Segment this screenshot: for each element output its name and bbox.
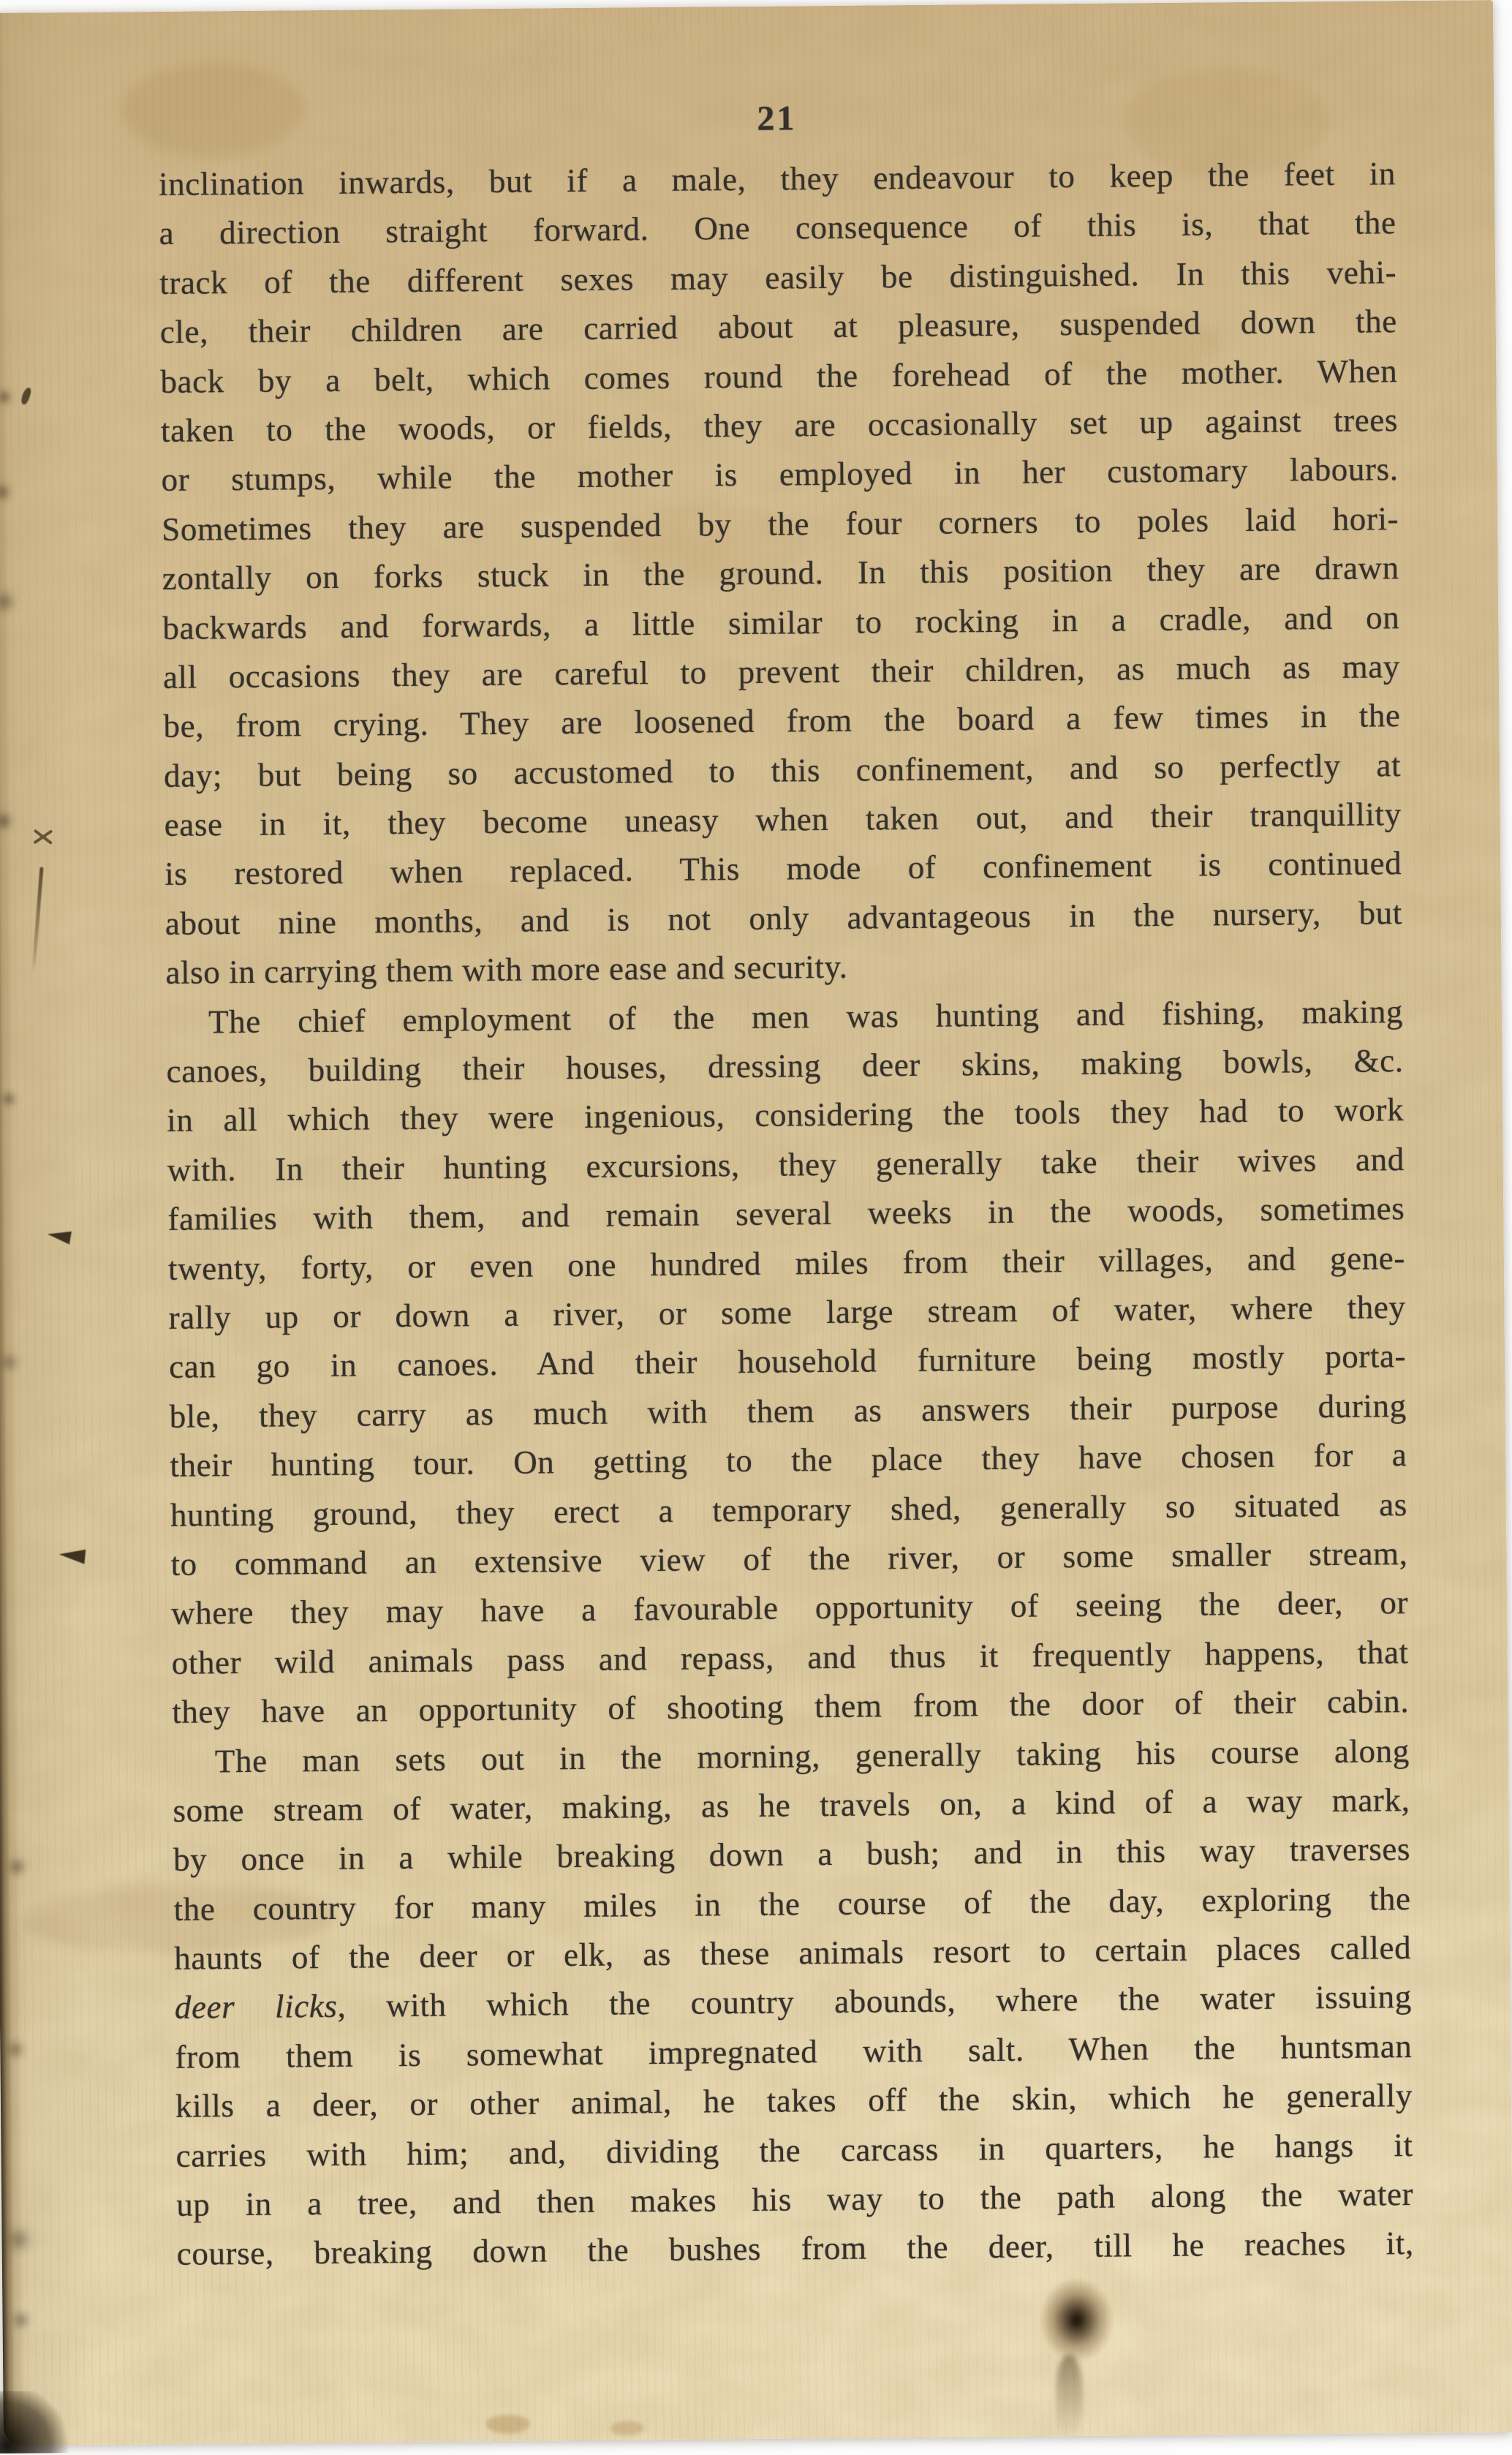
text-column: inclination inwards, but if a male, they… (159, 149, 1414, 2279)
page-binding-edge (0, 13, 26, 2445)
pen-arrow-mark (58, 1547, 86, 1564)
pen-stroke-mark (31, 867, 43, 973)
pen-arrow-mark (46, 1228, 72, 1245)
foxing-stain (486, 2415, 530, 2435)
pen-x-mark (32, 827, 54, 846)
italic-text-segment: deer licks (175, 1988, 338, 2026)
scanner-bed: 21 inclination inwards, but if a male, t… (0, 0, 1512, 2455)
corner-shadow (0, 2391, 69, 2454)
book-page: 21 inclination inwards, but if a male, t… (0, 0, 1512, 2445)
foxing-stain (611, 2421, 644, 2435)
ink-blot-tail (1056, 2355, 1083, 2439)
text-segment: , with which the country abounds, where … (337, 1979, 1412, 2025)
text-line: course, breaking down the bushes from th… (177, 2219, 1415, 2279)
pen-tick-mark (20, 387, 32, 406)
